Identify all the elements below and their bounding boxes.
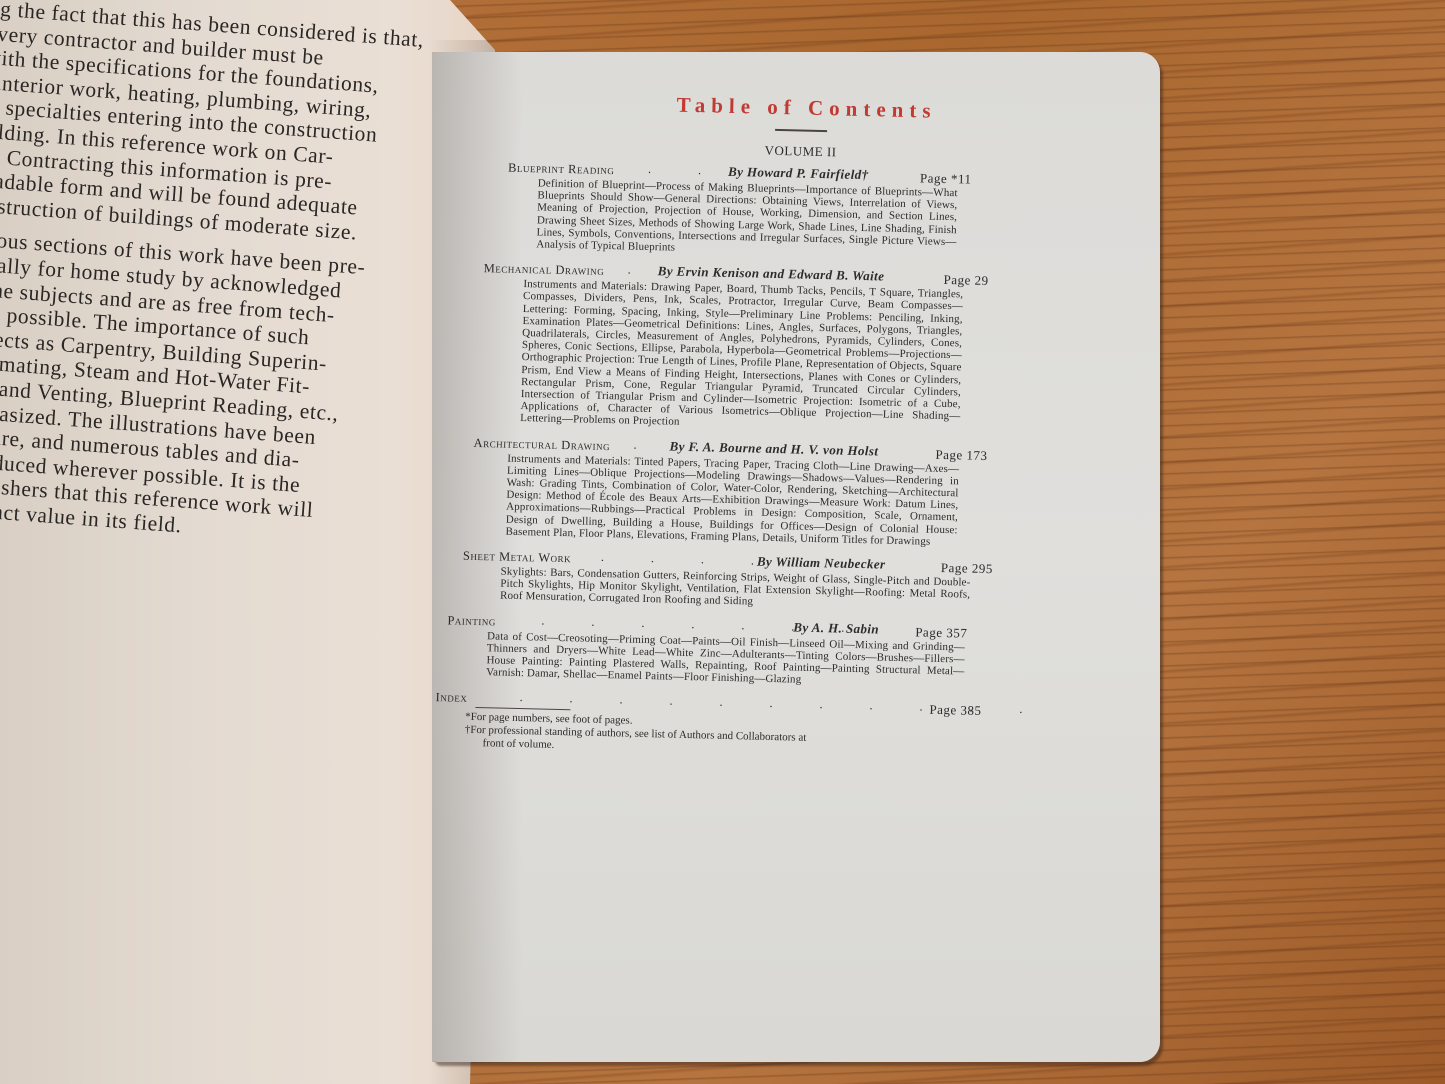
toc-entry-mechanical-drawing: Mechanical Drawing . By Ervin Kenison an… — [474, 259, 1118, 438]
entry-topics: Instruments and Materials: Drawing Paper… — [520, 278, 963, 435]
entry-author: By F. A. Bourne and H. V. von Holst — [669, 438, 878, 459]
toc-entry-blueprint-reading: Blueprint Reading . . . By Howard P. Fai… — [478, 158, 1120, 264]
entry-topics: Definition of Blueprint—Process of Makin… — [536, 177, 958, 260]
entry-name: Painting — [447, 613, 496, 629]
preface-text: ng the fact that this has been considere… — [0, 0, 419, 553]
table-of-contents: Table of Contents VOLUME II Blueprint Re… — [466, 88, 1122, 774]
entry-page: Page 295 — [941, 560, 993, 577]
toc-title: Table of Contents — [491, 88, 1121, 128]
entry-topics: Instruments and Materials: Tinted Papers… — [505, 452, 959, 548]
entry-page: Page *11 — [920, 170, 972, 187]
entry-name: Index — [435, 690, 467, 706]
entry-name: Sheet Metal Work — [463, 549, 571, 567]
entry-name: Blueprint Reading — [508, 161, 615, 179]
entry-page: Page 357 — [915, 624, 967, 641]
entry-leader-dots: . . . . — [601, 550, 776, 569]
entry-author: By A. H. Sabin — [793, 619, 879, 637]
right-page: Table of Contents VOLUME II Blueprint Re… — [432, 52, 1160, 1062]
entry-page: Page 29 — [943, 272, 988, 289]
entry-name: Architectural Drawing — [473, 436, 610, 454]
entry-page: Page 173 — [935, 446, 987, 463]
toc-entry-architectural-drawing: Architectural Drawing . By F. A. Bourne … — [471, 434, 1113, 552]
left-page: ng the fact that this has been considere… — [0, 0, 495, 1084]
title-rule — [775, 129, 827, 132]
entry-author: By William Neubecker — [757, 554, 886, 573]
entry-page: Page 385 — [929, 701, 981, 718]
entry-name: Mechanical Drawing — [484, 261, 605, 279]
entry-leader-dots: . — [633, 437, 658, 453]
entry-author: By Howard P. Fairfield† — [728, 164, 869, 183]
toc-entry-sheet-metal-work: Sheet Metal Work . . . . By William Neub… — [470, 547, 1111, 617]
entry-author: By Ervin Kenison and Edward B. Waite — [658, 263, 885, 284]
toc-entry-index: Index . . . . . . . . . . . Page 385 *Fo… — [466, 688, 1107, 764]
toc-entry-painting: Painting . . . . . . . By A. H. Sabin Pa… — [468, 612, 1109, 694]
entry-leader-dots: . — [628, 263, 653, 279]
